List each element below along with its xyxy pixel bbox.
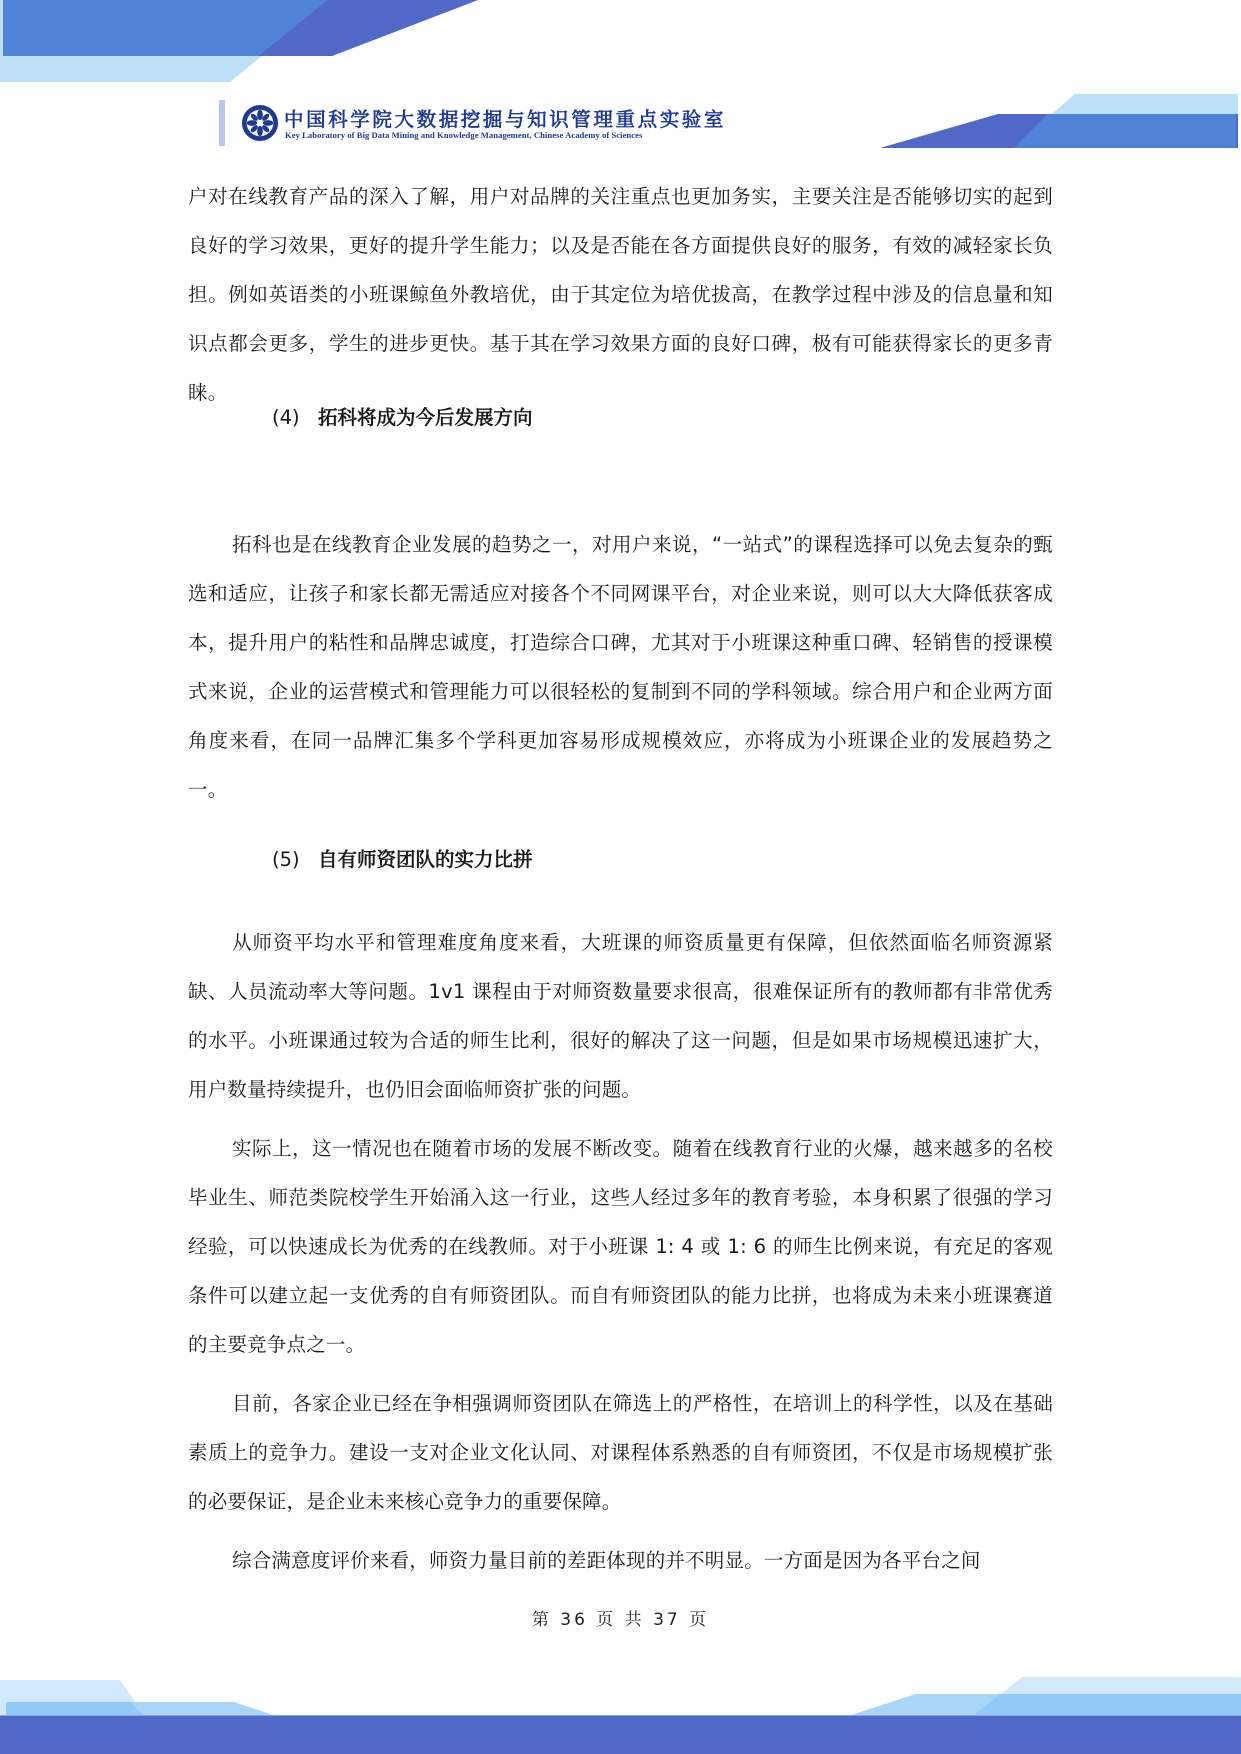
org-name-cn: 中国科学院大数据挖掘与知识管理重点实验室 xyxy=(284,104,726,132)
cas-logo-icon xyxy=(241,104,279,142)
section-heading-4: (4)拓科将成为今后发展方向 xyxy=(272,403,533,433)
page-number: 第 36 页 共 37 页 xyxy=(0,1605,1241,1630)
org-name-en: Key Laboratory of Big Data Mining and Kn… xyxy=(285,130,642,140)
header-right-decoration xyxy=(780,90,1241,150)
document-body: 户对在线教育产品的深入了解，用户对品牌的关注重点也更加务实，主要关注是否能够切实… xyxy=(188,172,1053,417)
section-4-body: 拓科也是在线教育企业发展的趋势之一，对用户来说，“一站式”的课程选择可以免去复杂… xyxy=(188,520,1053,814)
section-title: 自有师资团队的实力比拼 xyxy=(318,848,533,871)
section-5-body: 从师资平均水平和管理难度角度来看，大班课的师资质量更有保障，但依然面临名师资源紧… xyxy=(188,918,1053,1585)
section-heading-5: (5)自有师资团队的实力比拼 xyxy=(272,845,533,875)
section-number: (4) xyxy=(272,403,318,433)
paragraph: 拓科也是在线教育企业发展的趋势之一，对用户来说，“一站式”的课程选择可以免去复杂… xyxy=(188,520,1053,814)
brand-accent-bar xyxy=(219,100,225,146)
paragraph: 实际上，这一情况也在随着市场的发展不断改变。随着在线教育行业的火爆，越来越多的名… xyxy=(188,1124,1053,1369)
section-title: 拓科将成为今后发展方向 xyxy=(318,406,533,429)
paragraph: 综合满意度评价来看，师资力量目前的差距体现的并不明显。一方面是因为各平台之间 xyxy=(188,1536,1053,1585)
paragraph: 目前，各家企业已经在争相强调师资团队在筛选上的严格性，在培训上的科学性，以及在基… xyxy=(188,1379,1053,1526)
bottom-banner-decoration xyxy=(0,1660,1241,1754)
paragraph: 从师资平均水平和管理难度角度来看，大班课的师资质量更有保障，但依然面临名师资源紧… xyxy=(188,918,1053,1114)
top-banner-decoration xyxy=(0,0,1241,90)
section-number: (5) xyxy=(272,845,318,875)
paragraph-intro: 户对在线教育产品的深入了解，用户对品牌的关注重点也更加务实，主要关注是否能够切实… xyxy=(188,172,1053,417)
